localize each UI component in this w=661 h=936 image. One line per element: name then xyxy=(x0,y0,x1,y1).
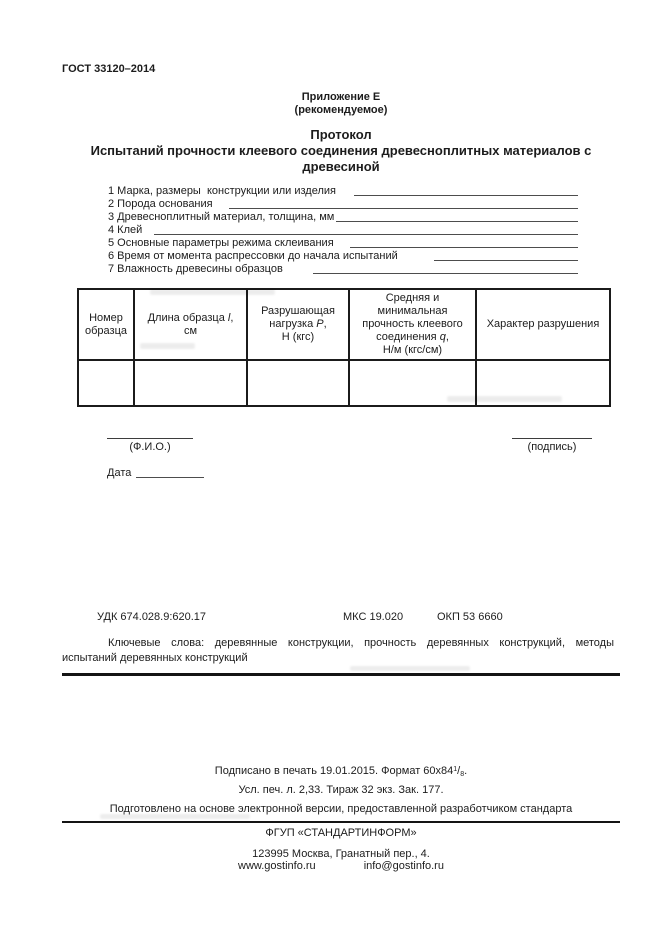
table-cell xyxy=(134,360,247,406)
form-fields: 1 Марка, размеры конструкции или изделия… xyxy=(108,184,578,275)
table-header-cell: Характер разрушения xyxy=(476,289,610,360)
print-info-line2: Усл. печ. л. 2,33. Тираж 32 экз. Зак. 17… xyxy=(62,784,620,797)
form-field-row: 2 Порода основания xyxy=(108,197,578,210)
table-header-cell: Средняя иминимальнаяпрочность клеевогосо… xyxy=(349,289,476,360)
table-header-cell: Длина образца l,см xyxy=(134,289,247,360)
blank-underline xyxy=(354,186,578,196)
form-field-row: 5 Основные параметры режима склеивания xyxy=(108,236,578,249)
print-line-end: . xyxy=(464,765,467,777)
document-heading: Протокол Испытаний прочности клеевого со… xyxy=(62,127,620,175)
okp-code: ОКП 53 6660 xyxy=(437,611,503,624)
form-field-label: 2 Порода основания xyxy=(108,198,213,210)
udk-code: УДК 674.028.9:620.17 xyxy=(97,611,206,624)
protocol-heading: Протокол xyxy=(62,127,620,143)
blank-underline xyxy=(229,199,578,209)
publisher-email: info@gostinfo.ru xyxy=(364,860,444,873)
table-header-row: НомеробразцаДлина образца l,смРазрушающа… xyxy=(78,289,610,360)
table-cell xyxy=(78,360,134,406)
separator-rule xyxy=(62,673,620,676)
form-field-label: 6 Время от момента распрессовки до начал… xyxy=(108,250,398,262)
scan-artifact xyxy=(350,666,470,671)
form-field-label: 5 Основные параметры режима склеивания xyxy=(108,237,334,249)
annex-title: Приложение Е xyxy=(62,91,620,104)
fio-signature-line xyxy=(107,438,193,439)
form-field-label: 3 Древесноплитный материал, толщина, мм xyxy=(108,211,334,223)
blank-underline xyxy=(350,238,578,248)
document-title-line1: Испытаний прочности клеевого соединения … xyxy=(62,143,620,159)
date-underline xyxy=(136,468,204,478)
scan-artifact xyxy=(447,396,562,402)
document-title-line2: древесиной xyxy=(62,159,620,175)
form-field-row: 1 Марка, размеры конструкции или изделия xyxy=(108,184,578,197)
blank-underline xyxy=(154,225,578,235)
print-info-line1: Подписано в печать 19.01.2015. Формат 60… xyxy=(62,763,620,781)
document-page: ГОСТ 33120–2014 Приложение Е (рекомендуе… xyxy=(0,0,661,936)
publisher-website: www.gostinfo.ru xyxy=(238,860,316,873)
contacts-row: www.gostinfo.ru info@gostinfo.ru xyxy=(62,860,620,873)
footer-rule xyxy=(62,821,620,823)
scan-artifact xyxy=(150,289,275,295)
mks-code: МКС 19.020 xyxy=(343,611,403,624)
form-field-row: 6 Время от момента распрессовки до начал… xyxy=(108,249,578,262)
form-field-label: 1 Марка, размеры конструкции или изделия xyxy=(108,185,336,197)
keywords-paragraph: Ключевые слова: деревянные конструкции, … xyxy=(62,636,614,666)
blank-underline xyxy=(313,264,578,274)
print-format-text: Подписано в печать 19.01.2015. Формат 60… xyxy=(215,765,453,777)
blank-underline xyxy=(336,212,578,222)
table-header-cell: Разрушающаянагрузка P,Н (кгс) xyxy=(247,289,349,360)
form-field-row: 7 Влажность древесины образцов xyxy=(108,262,578,275)
gost-number: ГОСТ 33120–2014 xyxy=(62,63,155,76)
table-header-cell: Номеробразца xyxy=(78,289,134,360)
scan-artifact xyxy=(140,343,195,349)
date-row: Дата xyxy=(107,467,204,479)
blank-underline xyxy=(434,251,578,261)
sign-signature-line xyxy=(512,438,592,439)
form-field-row: 4 Клей xyxy=(108,223,578,236)
scan-artifact xyxy=(100,814,250,819)
fio-label: (Ф.И.О.) xyxy=(107,441,193,454)
table-cell xyxy=(247,360,349,406)
annex-subtitle: (рекомендуемое) xyxy=(62,104,620,117)
sign-label: (подпись) xyxy=(508,441,596,454)
form-field-label: 4 Клей xyxy=(108,224,142,236)
publisher-name: ФГУП «СТАНДАРТИНФОРМ» xyxy=(62,827,620,840)
form-field-label: 7 Влажность древесины образцов xyxy=(108,263,283,275)
annex-block: Приложение Е (рекомендуемое) xyxy=(62,91,620,116)
form-field-row: 3 Древесноплитный материал, толщина, мм xyxy=(108,210,578,223)
date-label: Дата xyxy=(107,467,131,479)
